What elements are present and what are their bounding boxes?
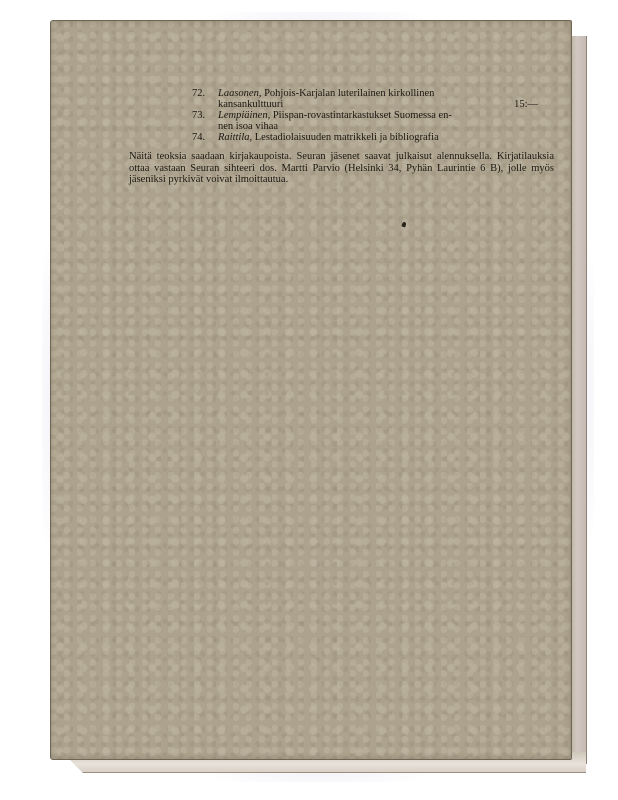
list-item: 72. Laasonen, Pohjois-Karjalan luterilai… — [192, 88, 482, 110]
item-title-line1: Lestadiolaisuuden matrikkeli ja bibliogr… — [255, 132, 439, 143]
item-number: 74. — [192, 132, 218, 143]
list-item: 74. Raittila, Lestadiolaisuuden matrikke… — [192, 132, 482, 143]
paper-speck — [401, 221, 406, 227]
item-author: Raittila, — [218, 132, 252, 143]
item-title-line1: Piispan-rovastintarkastukset Suomessa en… — [273, 110, 452, 121]
item-title-line2: kansankulttuuri — [218, 99, 283, 110]
item-title-line2: nen isoa vihaa — [218, 121, 278, 132]
item-author: Laasonen, — [218, 88, 261, 99]
ordering-notice: Näitä teoksia saadaan kirjakaupoista. Se… — [129, 151, 554, 186]
list-item: 73. Lempiäinen, Piispan-rovastintarkastu… — [192, 110, 482, 132]
item-author: Lempiäinen, — [218, 110, 270, 121]
item-number: 72. — [192, 88, 218, 110]
item-title-line1: Pohjois-Karjalan luterilainen kirkolline… — [264, 88, 434, 99]
back-cover: 72. Laasonen, Pohjois-Karjalan luterilai… — [50, 20, 572, 760]
item-price: 15:— — [514, 99, 538, 110]
publication-list: 72. Laasonen, Pohjois-Karjalan luterilai… — [192, 88, 482, 143]
item-number: 73. — [192, 110, 218, 132]
